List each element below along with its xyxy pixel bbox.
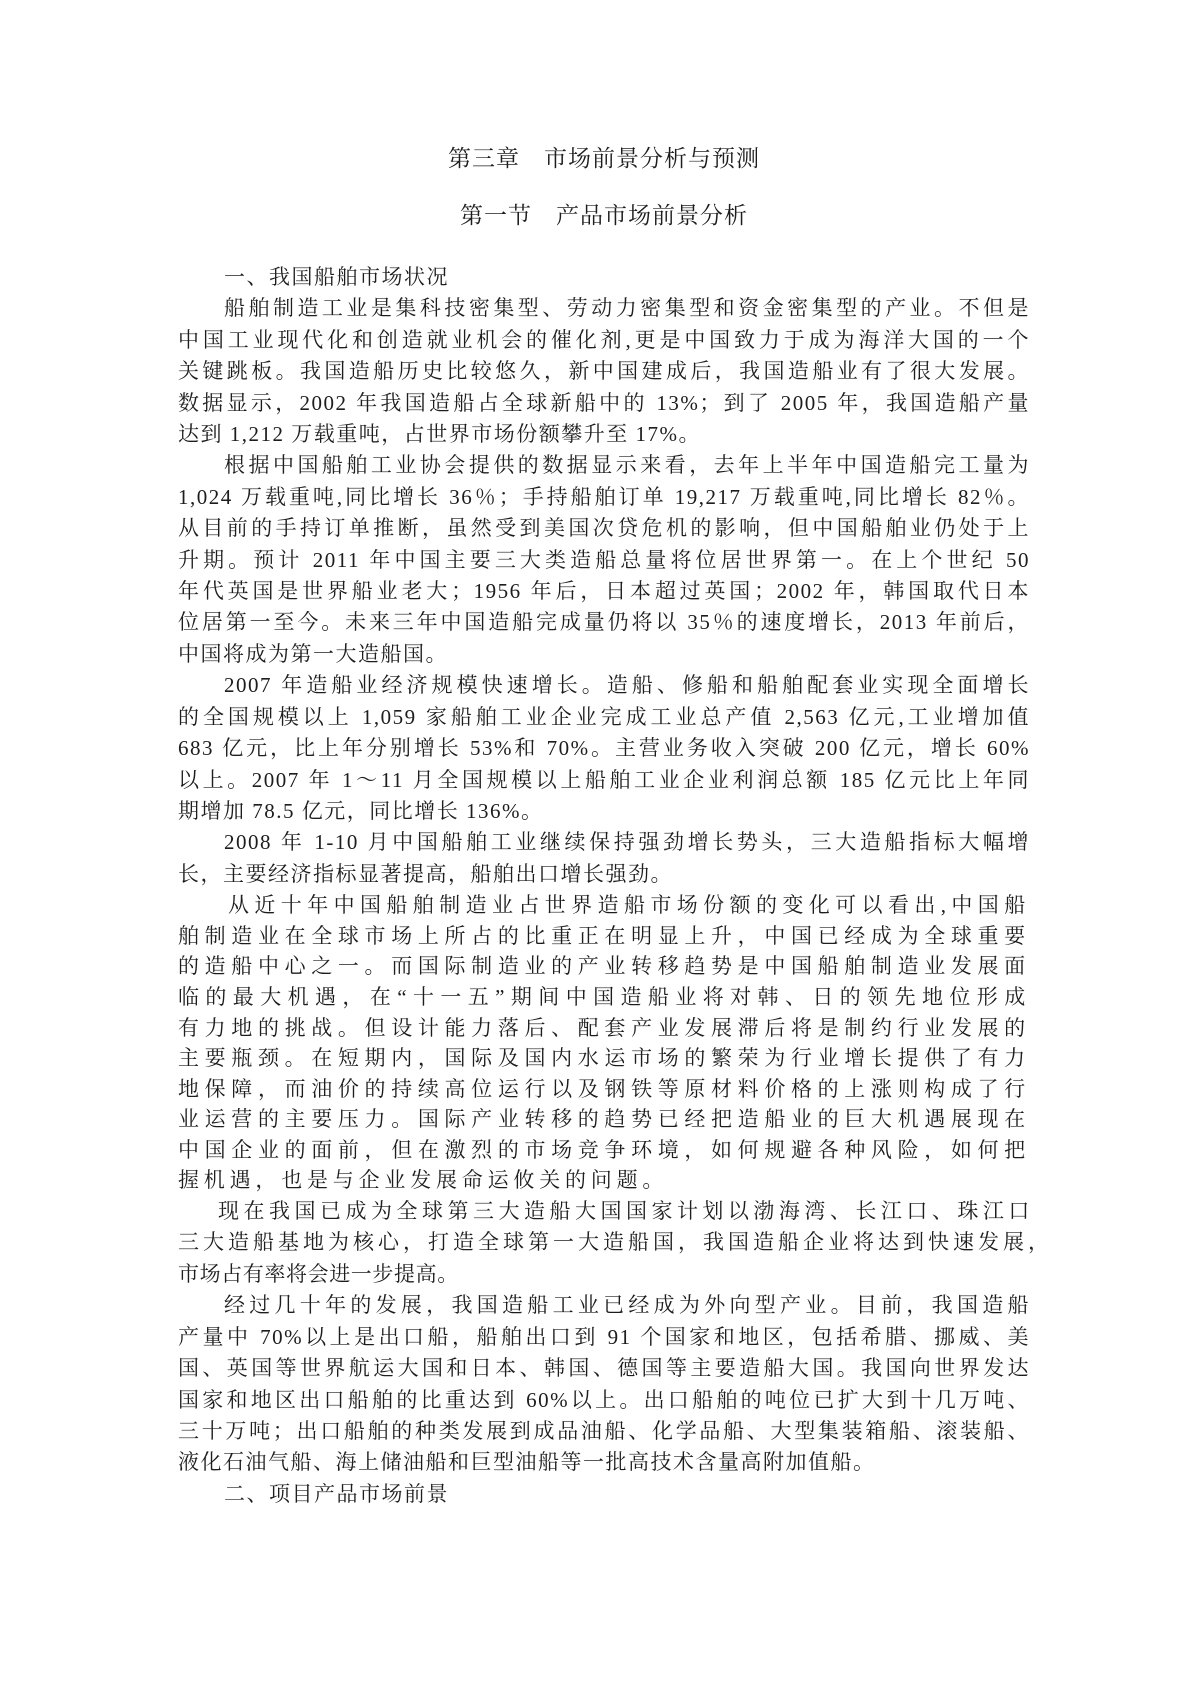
text-line: 产量中 70%以上是出口船，船舶出口到 91 个国家和地区，包括希腊、挪威、美 [178, 1322, 1030, 1353]
text-line: 国家和地区出口船舶的比重达到 60%以上。出口船舶的吨位已扩大到十几万吨、 [178, 1385, 1030, 1416]
text-line: 以上。2007 年 1～11 月全国规模以上船舶工业企业利润总额 185 亿元比… [178, 765, 1030, 796]
document-page: 第三章 市场前景分析与预测 第一节 产品市场前景分析 一、我国船舶市场状况船舶制… [0, 0, 1191, 1684]
text-line: 1,024 万载重吨,同比增长 36％；手持船舶订单 19,217 万载重吨,同… [178, 482, 1030, 513]
text-line: 现在我国已成为全球第三大造船大国国家计划以渤海湾、长江口、珠江口 [178, 1196, 1030, 1227]
text-line: 的造船中心之一。而国际制造业的产业转移趋势是中国船舶制造业发展面 [178, 951, 1030, 982]
paragraph: 2007 年造船业经济规模快速增长。造船、修船和船舶配套业实现全面增长的全国规模… [178, 670, 1030, 827]
paragraph: 经过几十年的发展，我国造船工业已经成为外向型产业。目前，我国造船产量中 70%以… [178, 1290, 1030, 1478]
paragraph: 船舶制造工业是集科技密集型、劳动力密集型和资金密集型的产业。不但是中国工业现代化… [178, 293, 1030, 450]
text-line: 关键跳板。我国造船历史比较悠久，新中国建成后，我国造船业有了很大发展。 [178, 356, 1030, 387]
document-body: 一、我国船舶市场状况船舶制造工业是集科技密集型、劳动力密集型和资金密集型的产业。… [178, 262, 1030, 1510]
text-line: 业运营的主要压力。国际产业转移的趋势已经把造船业的巨大机遇展现在 [178, 1104, 1030, 1135]
text-line: 经过几十年的发展，我国造船工业已经成为外向型产业。目前，我国造船 [178, 1290, 1030, 1321]
text-line: 期增加 78.5 亿元，同比增长 136%。 [178, 796, 1030, 827]
text-line: 升期。预计 2011 年中国主要三大类造船总量将位居世界第一。在上个世纪 50 [178, 545, 1030, 576]
text-line: 船舶制造工业是集科技密集型、劳动力密集型和资金密集型的产业。不但是 [178, 293, 1030, 324]
text-line: 达到 1,212 万载重吨，占世界市场份额攀升至 17%。 [178, 419, 1030, 450]
section-title: 第一节 产品市场前景分析 [178, 199, 1030, 232]
text-line: 二、项目产品市场前景 [178, 1479, 1030, 1510]
section-heading: 二、项目产品市场前景 [178, 1479, 1030, 1510]
document-content: 第三章 市场前景分析与预测 第一节 产品市场前景分析 一、我国船舶市场状况船舶制… [178, 142, 1030, 1510]
chapter-title: 第三章 市场前景分析与预测 [178, 142, 1030, 175]
text-line: 的全国规模以上 1,059 家船舶工业企业完成工业总产值 2,563 亿元,工业… [178, 702, 1030, 733]
text-line: 根据中国船舶工业协会提供的数据显示来看，去年上半年中国造船完工量为 [178, 450, 1030, 481]
text-line: 从目前的手持订单推断，虽然受到美国次贷危机的影响，但中国船舶业仍处于上 [178, 513, 1030, 544]
text-line: 三大造船基地为核心，打造全球第一大造船国，我国造船企业将达到快速发展， [178, 1227, 1030, 1258]
text-line: 三十万吨；出口船舶的种类发展到成品油船、化学品船、大型集装箱船、滚装船、 [178, 1416, 1030, 1447]
text-line: 地保障，而油价的持续高位运行以及钢铁等原材料价格的上涨则构成了行 [178, 1074, 1030, 1105]
text-line: 有力地的挑战。但设计能力落后、配套产业发展滞后将是制约行业发展的 [178, 1013, 1030, 1044]
text-line: 2008 年 1-10 月中国船舶工业继续保持强劲增长势头，三大造船指标大幅增 [178, 827, 1030, 858]
text-line: 年代英国是世界船业老大；1956 年后，日本超过英国；2002 年，韩国取代日本 [178, 576, 1030, 607]
text-line: 主要瓶颈。在短期内，国际及国内水运市场的繁荣为行业增长提供了有力 [178, 1043, 1030, 1074]
paragraph: 现在我国已成为全球第三大造船大国国家计划以渤海湾、长江口、珠江口三大造船基地为核… [178, 1196, 1030, 1290]
text-line: 国、英国等世界航运大国和日本、韩国、德国等主要造船大国。我国向世界发达 [178, 1353, 1030, 1384]
text-line: 2007 年造船业经济规模快速增长。造船、修船和船舶配套业实现全面增长 [178, 670, 1030, 701]
paragraph: 从近十年中国船舶制造业占世界造船市场份额的变化可以看出,中国船舶制造业在全球市场… [178, 890, 1030, 1196]
text-line: 位居第一至今。未来三年中国造船完成量仍将以 35％的速度增长，2013 年前后， [178, 607, 1030, 638]
text-line: 舶制造业在全球市场上所占的比重正在明显上升，中国已经成为全球重要 [178, 921, 1030, 952]
text-line: 中国企业的面前，但在激烈的市场竞争环境，如何规避各种风险，如何把 [178, 1135, 1030, 1166]
text-line: 683 亿元，比上年分别增长 53%和 70%。主营业务收入突破 200 亿元，… [178, 733, 1030, 764]
text-line: 数据显示，2002 年我国造船占全球新船中的 13%；到了 2005 年，我国造… [178, 388, 1030, 419]
text-line: 临的最大机遇，在“十一五”期间中国造船业将对韩、日的领先地位形成 [178, 982, 1030, 1013]
text-line: 中国工业现代化和创造就业机会的催化剂,更是中国致力于成为海洋大国的一个 [178, 325, 1030, 356]
text-line: 从近十年中国船舶制造业占世界造船市场份额的变化可以看出,中国船 [178, 890, 1030, 921]
text-line: 中国将成为第一大造船国。 [178, 639, 1030, 670]
text-line: 一、我国船舶市场状况 [178, 262, 1030, 293]
text-line: 长，主要经济指标显著提高，船舶出口增长强劲。 [178, 859, 1030, 890]
section-heading: 一、我国船舶市场状况 [178, 262, 1030, 293]
paragraph: 根据中国船舶工业协会提供的数据显示来看，去年上半年中国造船完工量为1,024 万… [178, 450, 1030, 670]
text-line: 液化石油气船、海上储油船和巨型油船等一批高技术含量高附加值船。 [178, 1447, 1030, 1478]
paragraph: 2008 年 1-10 月中国船舶工业继续保持强劲增长势头，三大造船指标大幅增长… [178, 827, 1030, 890]
text-line: 市场占有率将会进一步提高。 [178, 1259, 1030, 1290]
text-line: 握机遇，也是与企业发展命运攸关的问题。 [178, 1165, 1030, 1196]
